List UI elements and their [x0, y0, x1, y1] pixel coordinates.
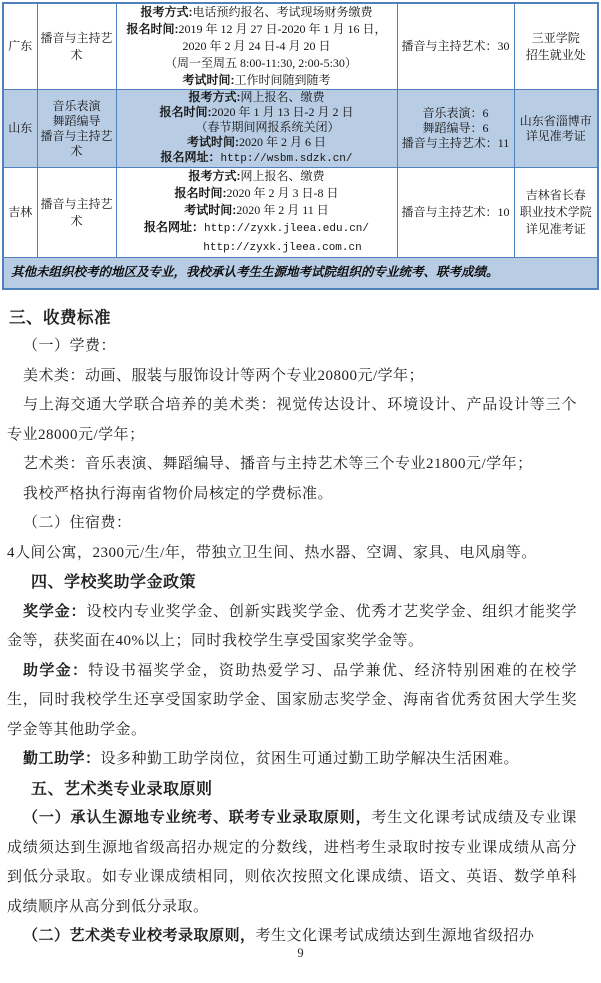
details-cell: 报考方式:网上报名、缴费 报名时间:2020 年 2 月 3 日-8 日 考试时… [116, 168, 397, 258]
detail-line: （春节期间网报系统关闭） [117, 120, 397, 135]
detail-value: 网上报名、缴费 [240, 90, 324, 104]
site-cell: 吉林省长春 职业技术学院 详见准考证 [514, 168, 598, 258]
plan-item: 播音与主持艺术：10 [398, 204, 514, 221]
detail-line: 报考方式:电话预约报名、考试现场财务缴费 [117, 4, 397, 21]
document-page: 广东 播音与主持艺术 报考方式:电话预约报名、考试现场财务缴费 报名时间:201… [0, 0, 601, 983]
para-tuition-label: （一）学费： [7, 332, 577, 362]
para-tuition-policy: 我校严格执行海南省物价局核定的学费标准。 [7, 480, 577, 510]
major-item: 音乐表演 [38, 99, 116, 114]
table-note-text: 其他未组织校考的地区及专业，我校承认考生生源地考试院组织的专业统考、联考成绩。 [3, 258, 598, 289]
majors-cell: 播音与主持艺术 [37, 3, 116, 90]
detail-value: （春节期间网报系统关闭） [195, 120, 339, 134]
detail-line: 报名时间:2020 年 2 月 3 日-8 日 [117, 185, 397, 202]
province-cell: 广东 [3, 3, 37, 90]
plan-item: 播音与主持艺术：30 [398, 38, 514, 55]
detail-label: 报名网址： [160, 150, 220, 164]
province-cell: 山东 [3, 90, 37, 168]
detail-line: 报名网址：http://zyxk.jleea.edu.cn/ [117, 219, 397, 238]
detail-value: 2020 年 2 月 6 日 [239, 135, 326, 149]
detail-line: 报名时间:2020 年 1 月 13 日-2 月 2 日 [117, 105, 397, 120]
section-heading-scholarship: 四、学校奖助学金政策 [7, 568, 577, 598]
site-cell: 山东省淄博市 详见准考证 [514, 90, 598, 168]
detail-line: 报名网址：http://wsbm.sdzk.cn/ [117, 150, 397, 167]
majors-cell: 播音与主持艺术 [37, 168, 116, 258]
table-row-shandong: 山东 音乐表演 舞蹈编导 播音与主持艺术 报考方式:网上报名、缴费 报名时间:2… [3, 90, 598, 168]
para-lead: （二）艺术类专业校考录取原则， [23, 928, 256, 944]
detail-value: （周一至周五 8:00-11:30, 2:00-5:30） [165, 56, 357, 70]
para-accommodation-label: （二）住宿费： [7, 509, 577, 539]
detail-line: 报考方式:网上报名、缴费 [117, 90, 397, 105]
site-line: 详见准考证 [515, 221, 598, 238]
section-heading-fees: 三、收费标准 [7, 303, 577, 333]
detail-label: 报名时间: [160, 105, 212, 119]
para-text: 考生文化课考试成绩达到生源地省级招办 [256, 928, 535, 944]
table-row-guangdong: 广东 播音与主持艺术 报考方式:电话预约报名、考试现场财务缴费 报名时间:201… [3, 3, 598, 90]
majors-cell: 音乐表演 舞蹈编导 播音与主持艺术 [37, 90, 116, 168]
detail-value: 2020 年 2 月 11 日 [236, 203, 329, 217]
para-lead: （一）承认生源地专业统考、联考专业录取原则， [23, 810, 371, 826]
para-scholarship: 奖学金：设校内专业奖学金、创新实践奖学金、优秀才艺奖学金、组织才能奖学金等，获奖… [7, 598, 577, 657]
detail-label: 报名时间: [175, 186, 227, 200]
detail-line: 考试时间:2020 年 2 月 11 日 [117, 202, 397, 219]
para-text: 设多种勤工助学岗位，贫困生可通过勤工助学解决生活困难。 [101, 751, 520, 767]
site-line: 详见准考证 [515, 129, 598, 144]
detail-value: 2020 年 2 月 3 日-8 日 [227, 186, 339, 200]
page-number: 9 [0, 946, 601, 961]
plan-cell: 播音与主持艺术：10 [397, 168, 514, 258]
para-text: 设校内专业奖学金、创新实践奖学金、优秀才艺奖学金、组织才能奖学金等，获奖面在40… [7, 604, 577, 650]
province-cell: 吉林 [3, 168, 37, 258]
para-accommodation-detail: 4人间公寓，2300元/生/年，带独立卫生间、热水器、空调、家具、电风扇等。 [7, 539, 577, 569]
table-row-jilin: 吉林 播音与主持艺术 报考方式:网上报名、缴费 报名时间:2020 年 2 月 … [3, 168, 598, 258]
para-tuition-fine-arts: 美术类：动画、服装与服饰设计等两个专业20800元/学年； [7, 362, 577, 392]
detail-line: 报考方式:网上报名、缴费 [117, 168, 397, 185]
detail-value: 网上报名、缴费 [240, 169, 324, 183]
detail-value: 2019 年 12 月 27 日-2020 年 1 月 16 日， [179, 22, 387, 36]
detail-line: http://zyxk.jleea.com.cn [117, 238, 397, 257]
para-lead: 勤工助学： [23, 751, 101, 767]
para-tuition-joint-program: 与上海交通大学联合培养的美术类：视觉传达设计、环境设计、产品设计等三个专业280… [7, 391, 577, 450]
para-lead: 助学金： [23, 663, 88, 679]
detail-label: 考试时间: [184, 203, 236, 217]
detail-value: 2020 年 2 月 24 日-4 月 20 日 [183, 39, 331, 53]
plan-item: 音乐表演：6 [398, 106, 514, 121]
site-line: 职业技术学院 [515, 204, 598, 221]
major-item: 播音与主持艺术 [38, 30, 116, 64]
major-item: 播音与主持艺术 [38, 196, 116, 230]
document-body: 三、收费标准 （一）学费： 美术类：动画、服装与服饰设计等两个专业20800元/… [7, 303, 577, 952]
table-note-row: 其他未组织校考的地区及专业，我校承认考生生源地考试院组织的专业统考、联考成绩。 [3, 258, 598, 289]
details-cell: 报考方式:电话预约报名、考试现场财务缴费 报名时间:2019 年 12 月 27… [116, 3, 397, 90]
para-admission-unified-exam: （一）承认生源地专业统考、联考专业录取原则，考生文化课考试成绩及专业课成绩须达到… [7, 804, 577, 922]
para-text: 特设书福奖学金，资助热爱学习、品学兼优、经济特别困难的在校学生，同时我校学生还享… [7, 663, 577, 738]
registration-url: http://zyxk.jleea.com.cn [203, 242, 361, 254]
plan-item: 舞蹈编导：6 [398, 121, 514, 136]
major-item: 播音与主持艺术 [38, 129, 116, 159]
site-line: 吉林省长春 [515, 187, 598, 204]
plan-cell: 音乐表演：6 舞蹈编导：6 播音与主持艺术：11 [397, 90, 514, 168]
details-cell: 报考方式:网上报名、缴费 报名时间:2020 年 1 月 13 日-2 月 2 … [116, 90, 397, 168]
detail-label: 考试时间: [187, 135, 239, 149]
section-heading-admission: 五、艺术类专业录取原则 [7, 775, 577, 805]
site-line: 山东省淄博市 [515, 114, 598, 129]
site-line: 招生就业处 [515, 47, 598, 64]
detail-label: 报考方式: [188, 90, 240, 104]
detail-line: 考试时间:工作时间随到随考 [117, 72, 397, 89]
para-grant: 助学金：特设书福奖学金，资助热爱学习、品学兼优、经济特别困难的在校学生，同时我校… [7, 657, 577, 746]
detail-line: 2020 年 2 月 24 日-4 月 20 日 [117, 38, 397, 55]
exam-schedule-table: 广东 播音与主持艺术 报考方式:电话预约报名、考试现场财务缴费 报名时间:201… [2, 2, 599, 290]
plan-cell: 播音与主持艺术：30 [397, 3, 514, 90]
major-item: 舞蹈编导 [38, 114, 116, 129]
detail-label: 报名网址： [144, 220, 204, 234]
para-work-study: 勤工助学：设多种勤工助学岗位，贫困生可通过勤工助学解决生活困难。 [7, 745, 577, 775]
detail-line: （周一至周五 8:00-11:30, 2:00-5:30） [117, 55, 397, 72]
detail-label: 报考方式: [140, 5, 192, 19]
detail-value: 工作时间随到随考 [234, 73, 330, 87]
detail-line: 考试时间:2020 年 2 月 6 日 [117, 135, 397, 150]
detail-label: 报考方式: [188, 169, 240, 183]
plan-item: 播音与主持艺术：11 [398, 136, 514, 151]
site-cell: 三亚学院 招生就业处 [514, 3, 598, 90]
para-tuition-performing-arts: 艺术类：音乐表演、舞蹈编导、播音与主持艺术等三个专业21800元/学年； [7, 450, 577, 480]
registration-url: http://wsbm.sdzk.cn/ [220, 153, 352, 165]
detail-value: 电话预约报名、考试现场财务缴费 [192, 5, 372, 19]
detail-label: 报名时间: [127, 22, 179, 36]
detail-line: 报名时间:2019 年 12 月 27 日-2020 年 1 月 16 日， [117, 21, 397, 38]
site-line: 三亚学院 [515, 30, 598, 47]
para-lead: 奖学金： [23, 604, 86, 620]
detail-value: 2020 年 1 月 13 日-2 月 2 日 [212, 105, 354, 119]
detail-label: 考试时间: [182, 73, 234, 87]
registration-url: http://zyxk.jleea.edu.cn/ [204, 223, 369, 235]
